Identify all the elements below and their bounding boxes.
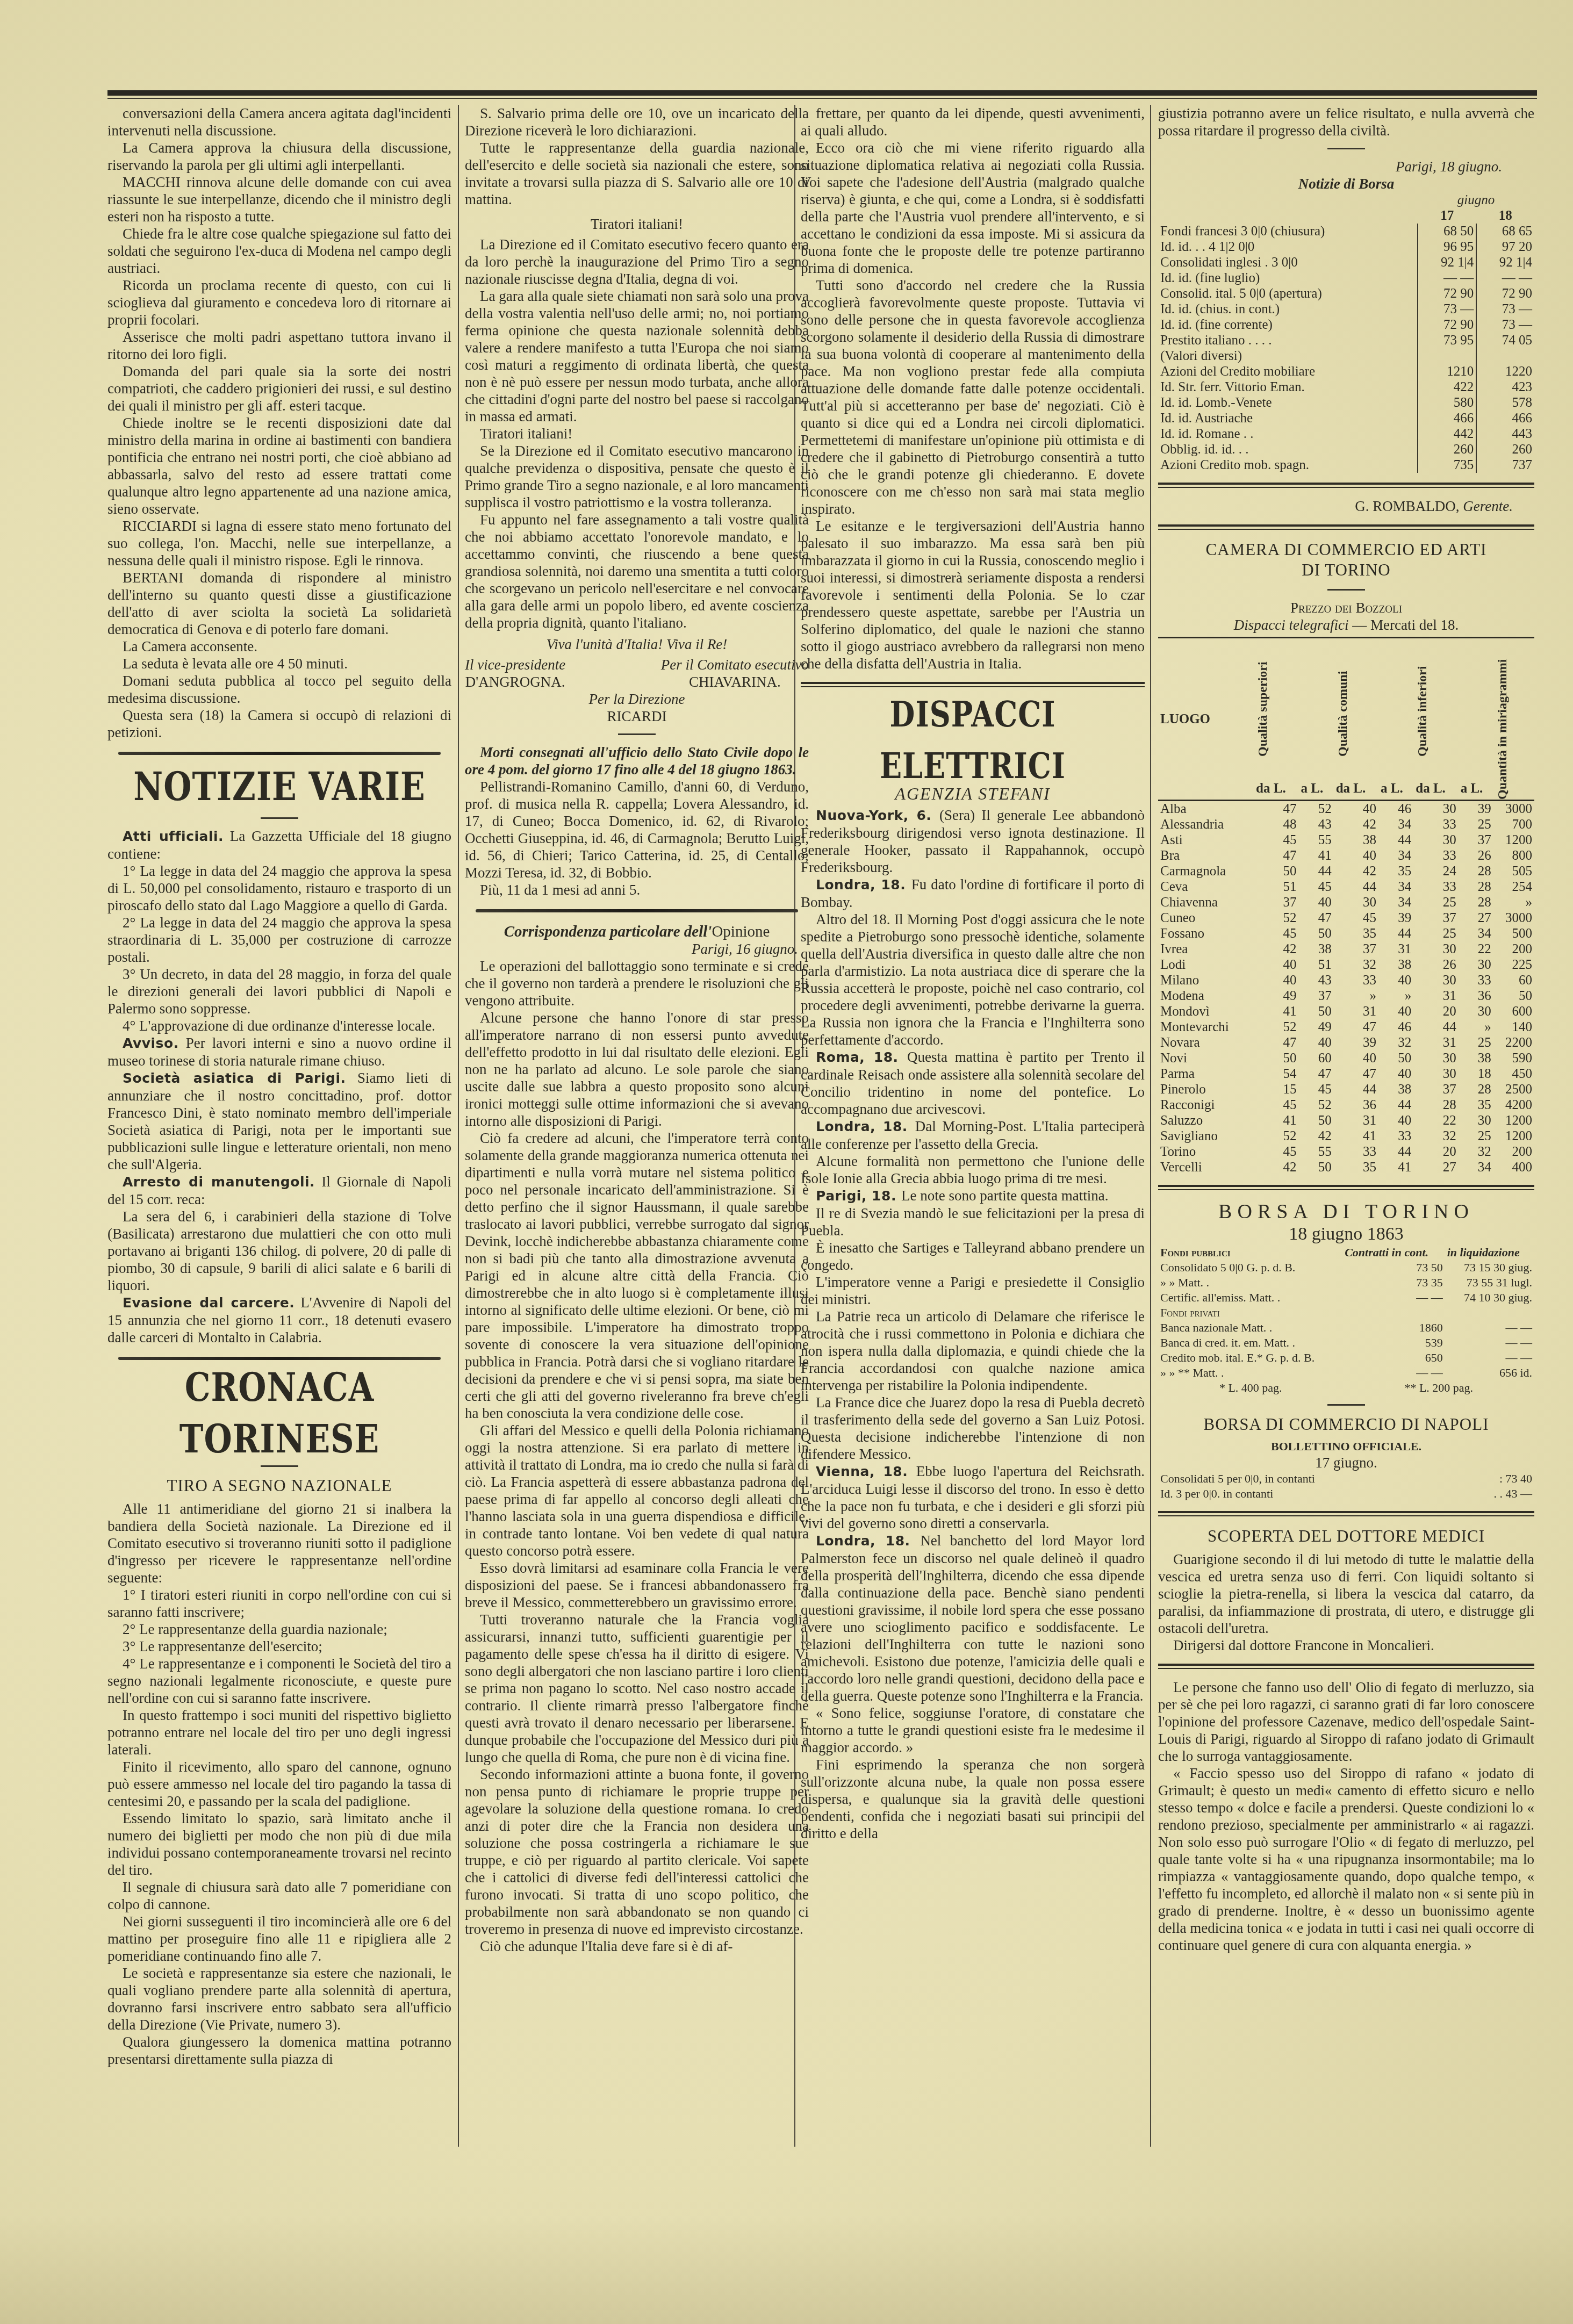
table-row: Mondovì415031402030600: [1158, 1004, 1534, 1019]
paragraph: Le società e rappresentanze sia estere c…: [107, 1965, 451, 2033]
dispatch-item: Alcune formalità non permettono che l'un…: [801, 1153, 1145, 1187]
table-row: Saluzzo4150314022301200: [1158, 1113, 1534, 1128]
paragraph: Alcune persone che hanno l'onore di star…: [465, 1009, 809, 1129]
dispatch-item: Fini esprimendo la speranza che non sorg…: [801, 1756, 1145, 1842]
paragraph: Secondo informazioni attinte a buona fon…: [465, 1766, 809, 1938]
table-row: Fossano455035442534500: [1158, 926, 1534, 941]
borsa-napoli-title: BORSA DI COMMERCIO DI NAPOLI: [1158, 1414, 1534, 1435]
paragraph: Ciò fa credere ad alcuni, che l'imperato…: [465, 1129, 809, 1422]
table-row: Prestito italiano . . . .73 9574 05: [1158, 333, 1534, 348]
table-row: Vercelli425035412734400: [1158, 1160, 1534, 1175]
top-rule-thin: [107, 98, 1537, 99]
table-section: Fondi privati: [1158, 1305, 1534, 1320]
table-row: » » Matt. .73 3573 55 31 lugl.: [1158, 1275, 1534, 1290]
paragraph: Domanda del pari quale sia la sorte dei …: [107, 363, 451, 414]
table-row: Certific. all'emiss. Matt. .— —74 10 30 …: [1158, 1290, 1534, 1305]
newspaper-page: conversazioni della Camera ancera agitat…: [107, 81, 1537, 2251]
morti-heading: Morti consegnati all'ufficio dello Stato…: [465, 744, 809, 778]
borsa-napoli-subtitle: BOLLETTINO OFFICIALE.: [1158, 1439, 1534, 1454]
table-row: Parma544747403018450: [1158, 1066, 1534, 1082]
borsa-parigi-date: Parigi, 18 giugno.: [1158, 158, 1534, 175]
table-row: Cuneo5247453937273000: [1158, 910, 1534, 926]
table-row: Ivrea423837313022200: [1158, 941, 1534, 957]
item-evasione: Evasione dal carcere. L'Avvenire di Napo…: [107, 1294, 451, 1346]
table-row: Id. id. Lomb.-Venete580578: [1158, 395, 1534, 411]
bozzoli-title: Prezzo dei Bozzoli: [1158, 599, 1534, 616]
paragraph: Ecco ora ciò che mi viene riferito rigua…: [801, 139, 1145, 277]
camera-commercio-title: CAMERA DI COMMERCIO ED ARTIDI TORINO: [1158, 539, 1534, 580]
separator: [1158, 1511, 1534, 1516]
table-row: Id. id. . . 4 1|2 0|096 9597 20: [1158, 239, 1534, 255]
table-row: Id. id. (fine luglio)— —— —: [1158, 270, 1534, 286]
separator: [1327, 1404, 1365, 1406]
table-row: Consolidati 5 per 0|0, in contanti: 73 4…: [1158, 1471, 1534, 1486]
table-row: Carmagnola504442352428505: [1158, 864, 1534, 879]
proclama-title: Tiratori italiani!: [465, 215, 809, 233]
column-3: frettare, per quanto da lei dipende, que…: [801, 105, 1145, 1842]
column-2: S. Salvario prima delle ore 10, ove un i…: [465, 105, 809, 1955]
paragraph: Chiede fra le altre cose qualche spiegaz…: [107, 225, 451, 277]
separator: [618, 733, 656, 735]
dispatch-item: Londra, 18. Nel banchetto del lord Mayor…: [801, 1532, 1145, 1704]
paragraph: Esso dovrà limitarsi ad esaminare colla …: [465, 1559, 809, 1611]
separator: [1158, 1185, 1534, 1190]
borsa-napoli-date: 17 giugno.: [1158, 1454, 1534, 1471]
paragraph: La Camera approva la chiusura della disc…: [107, 139, 451, 174]
paragraph: Chiede inoltre se le recenti disposizion…: [107, 414, 451, 517]
table-row: Savigliano5242413332251200: [1158, 1128, 1534, 1144]
borsa-torino-date: 18 giugno 1863: [1158, 1224, 1534, 1245]
item-arresto: Arresto di manutengoli. Il Giornale di N…: [107, 1173, 451, 1208]
paragraph: Tutti sono d'accordo nel credere che la …: [801, 277, 1145, 517]
table-row: Credito mob. ital. E.* G. p. d. B.650— —: [1158, 1350, 1534, 1365]
separator: [1158, 524, 1534, 530]
separator: [1327, 148, 1365, 149]
paragraph: Questa sera (18) la Camera si occupò di …: [107, 707, 451, 741]
paragraph: Qualora giungessero la domenica mattina …: [107, 2033, 451, 2068]
paragraph: In questo frattempo i soci muniti del ri…: [107, 1707, 451, 1758]
table-row: Fondi francesi 3 0|0 (chiusura)68 5068 6…: [1158, 224, 1534, 239]
table-row: Id. id. Romane . .442443: [1158, 426, 1534, 442]
table-row: Modena4937»»313650: [1158, 988, 1534, 1004]
table-row: Consolidati inglesi . 3 0|092 1|492 1|4: [1158, 255, 1534, 270]
table-row: Id. id. (chius. in cont.)73 —73 —: [1158, 301, 1534, 317]
ad-medici-title: SCOPERTA DEL DOTTORE MEDICI: [1158, 1526, 1534, 1546]
table-row: Alba4752404630393000: [1158, 801, 1534, 817]
paragraph: RICCIARDI si lagna di essere stato meno …: [107, 517, 451, 569]
paragraph: Il segnale di chiusura sarà dato alle 7 …: [107, 1879, 451, 1913]
table-row: Obblig. id. id. . .260260: [1158, 442, 1534, 457]
dispatch-item: Il re di Svezia mandò le sue felicitazio…: [801, 1205, 1145, 1239]
dispatch-item: Vienna, 18. Ebbe luogo l'apertura del Re…: [801, 1463, 1145, 1532]
proclama: La Direzione ed il Comitato esecutivo fe…: [465, 236, 809, 631]
table-row: Id. id. (fine corrente)72 9073 —: [1158, 317, 1534, 333]
tiro-article: Alle 11 antimeridiane del giorno 21 si i…: [107, 1500, 451, 2068]
viva-line: Viva l'unità d'Italia! Viva il Re!: [465, 636, 809, 653]
top-rule: [107, 90, 1537, 96]
paragraph: 1° I tiratori esteri riuniti in corpo ne…: [107, 1586, 451, 1621]
gerente: G. ROMBALDO, Gerente.: [1158, 498, 1534, 515]
dispatch-item: « Sono felice, soggiunse l'oratore, di c…: [801, 1704, 1145, 1756]
table-row: Consolidato 5 0|0 G. p. d. B.73 5073 15 …: [1158, 1260, 1534, 1275]
paragraph: 2° Le rappresentanze della guardia nazio…: [107, 1621, 451, 1638]
article-end: giustizia potranno avere un felice risul…: [1158, 105, 1534, 139]
dispatch-item: La France dice che Juarez dopo la resa d…: [801, 1394, 1145, 1463]
ad-medici-contact: Dirigersi dal dottore Francone in Moncal…: [1158, 1637, 1534, 1654]
dispatch-item: Londra, 18. Dal Morning-Post. L'Italia p…: [801, 1118, 1145, 1153]
dispatch-item: Roma, 18. Questa mattina è partito per T…: [801, 1048, 1145, 1118]
dispatch-item: Parigi, 18. Le note sono partite questa …: [801, 1187, 1145, 1205]
section-title-cronaca-torinese: CRONACA TORINESE: [107, 1362, 451, 1465]
ad-grimault: Le persone che fanno uso dell' Olio di f…: [1158, 1679, 1534, 1954]
table-row: Id. id. Austriache466466: [1158, 411, 1534, 426]
table-row: Id. 3 per 0|0. in contanti. . 43 —: [1158, 1486, 1534, 1501]
paragraph: Tutte le rappresentanze della guardia na…: [465, 139, 809, 208]
borsa-torino-table: Fondi pubblici Contratti in cont. in liq…: [1158, 1245, 1534, 1380]
paragraph: 4° Le rappresentanze e i componenti le S…: [107, 1655, 451, 1707]
dispatch-item: L'imperatore venne a Parigi e presiedett…: [801, 1273, 1145, 1308]
paragraph: La seduta è levata alle ore 4 50 minuti.: [107, 655, 451, 672]
tiro-article-cont: S. Salvario prima delle ore 10, ove un i…: [465, 105, 809, 208]
paragraph: Essendo limitato lo spazio, sarà limitat…: [107, 1810, 451, 1879]
signatures: Il vice-presidenteD'ANGROGNA. Per il Com…: [465, 656, 809, 690]
paragraph: Fu appunto nel fare assegnamento a tali …: [465, 511, 809, 631]
paragraph: Ciò che adunque l'Italia deve fare si è …: [465, 1938, 809, 1955]
paragraph: frettare, per quanto da lei dipende, que…: [801, 105, 1145, 139]
table-row: Asti4555384430371200: [1158, 832, 1534, 848]
section-title-notizie-varie: NOTIZIE VARIE: [107, 761, 451, 813]
paragraph: 3° Le rappresentanze dell'esercito;: [107, 1638, 451, 1655]
column-divider: [1150, 105, 1151, 2147]
dispatch-item: Londra, 18. Fu dato l'ordine di fortific…: [801, 876, 1145, 911]
correspondence-heading: Corrispondenza particolare dell'Opinione: [465, 923, 809, 940]
table-row: Banca di cred. it. em. Matt. .539— —: [1158, 1335, 1534, 1350]
table-row: Pinerolo1545443837282500: [1158, 1082, 1534, 1097]
paragraph: Gli affari del Messico e quelli della Po…: [465, 1422, 809, 1559]
separator: [801, 682, 1145, 687]
table-row: Banca nazionale Matt. .1860— —: [1158, 1320, 1534, 1335]
separator: [261, 817, 298, 819]
table-row: Consolid. ital. 5 0|0 (apertura)72 9072 …: [1158, 286, 1534, 301]
paragraph: MACCHI rinnova alcune delle domande con …: [107, 174, 451, 225]
atti-item: 4° L'approvazione di due ordinanze d'int…: [107, 1017, 451, 1034]
paragraph: La Camera acconsente.: [107, 638, 451, 655]
paragraph: Le esitanze e le tergiversazioni dell'Au…: [801, 517, 1145, 672]
paragraph: Le operazioni del ballottaggio sono term…: [465, 958, 809, 1009]
table-row: Novara4740393231252200: [1158, 1035, 1534, 1051]
dispatch-item: Nuova-York, 6. (Sera) Il generale Lee ab…: [801, 807, 1145, 876]
bozzoli-subtitle: Dispacci telegrafici — Mercati del 18.: [1158, 616, 1534, 634]
paragraph: Nei giorni susseguenti il tiro incominci…: [107, 1913, 451, 1965]
parliament-report: conversazioni della Camera ancera agitat…: [107, 105, 451, 741]
item-atti-ufficiali: Atti ufficiali. La Gazzetta Ufficiale de…: [107, 828, 451, 862]
column-divider: [458, 105, 459, 2147]
column-1: conversazioni della Camera ancera agitat…: [107, 105, 451, 2068]
table-row: Montevarchi5249474644»140: [1158, 1019, 1534, 1035]
paragraph: Domani seduta pubblica al tocco pel segu…: [107, 672, 451, 707]
paper-shadow: [0, 2217, 1573, 2324]
atti-item: 2° La legge in data del 24 maggio che ap…: [107, 914, 451, 966]
article-title-tiro: TIRO A SEGNO NAZIONALE: [107, 1476, 451, 1496]
morti-body: Pellistrandi-Romanino Camillo, d'anni 60…: [465, 778, 809, 881]
separator: [118, 1357, 441, 1360]
paragraph: La Direzione ed il Comitato esecutivo fe…: [465, 236, 809, 287]
borsa-torino-title: BORSA DI TORINO: [1158, 1200, 1534, 1224]
borsa-napoli-table: Consolidati 5 per 0|0, in contanti: 73 4…: [1158, 1471, 1534, 1501]
item-avviso: Avviso. Per lavori interni e sino a nuov…: [107, 1034, 451, 1069]
table-row: Bra474140343326800: [1158, 848, 1534, 864]
morti-extra: Più, 11 da 1 mesi ad anni 5.: [465, 881, 809, 898]
paragraph: Tiratori italiani!: [465, 425, 809, 442]
section-title-dispacci: DISPACCI ELETTRICI: [801, 688, 1145, 792]
column-4: giustizia potranno avere un felice risul…: [1158, 105, 1534, 1954]
separator: [118, 752, 441, 755]
paragraph: conversazioni della Camera ancera agitat…: [107, 105, 451, 139]
paragraph: Ricorda un proclama recente di questo, c…: [107, 277, 451, 328]
separator: [261, 1465, 298, 1467]
correspondence-date: Parigi, 16 giugno.: [465, 940, 809, 958]
paragraph: Finito il ricevimento, allo sparo del ca…: [107, 1758, 451, 1810]
item-arresto-body: La sera del 6, i carabinieri della stazi…: [107, 1208, 451, 1294]
table-row: Torino455533442032200: [1158, 1144, 1534, 1160]
separator: [476, 909, 798, 912]
atti-item: 1° La legge in data del 24 maggio che ap…: [107, 862, 451, 914]
borsa-parigi-title: Notizie di Borsa: [1158, 175, 1534, 192]
borsa-parigi-table: giugno 1718 Fondi francesi 3 0|0 (chiusu…: [1158, 192, 1534, 473]
paragraph: S. Salvario prima delle ore 10, ove un i…: [465, 105, 809, 139]
bozzoli-table: LUOGO Qualità superiori Qualità comuni Q…: [1158, 637, 1534, 1175]
paragraph: Alle 11 antimeridiane del giorno 21 si i…: [107, 1500, 451, 1586]
separator: [1327, 589, 1365, 591]
dispatch-item: È inesatto che Sartiges e Talleyrand abb…: [801, 1239, 1145, 1273]
paragraph: Tutti troveranno naturale che la Francia…: [465, 1611, 809, 1766]
paragraph: Le persone che fanno uso dell' Olio di f…: [1158, 1679, 1534, 1765]
paragraph: BERTANI domanda di rispondere al ministr…: [107, 569, 451, 638]
torino-notes: * L. 400 pag. ** L. 200 pag.: [1158, 1380, 1534, 1395]
atti-list: 1° La legge in data del 24 maggio che ap…: [107, 862, 451, 1034]
ad-medici-body: Guarigione secondo il di lui metodo di t…: [1158, 1551, 1534, 1637]
table-row: Chiavenna374030342528»: [1158, 895, 1534, 910]
paragraph: Asserisce che molti padri aspettano tutt…: [107, 328, 451, 363]
item-societa-asiatica: Società asiatica di Parigi. Siamo lieti …: [107, 1069, 451, 1173]
table-row: (Valori diversi): [1158, 348, 1534, 364]
table-row: Id. Str. ferr. Vittorio Eman.422423: [1158, 379, 1534, 395]
paragraph: Se la Direzione ed il Comitato esecutivo…: [465, 442, 809, 511]
atti-item: 3° Un decreto, in data del 28 maggio, in…: [107, 966, 451, 1017]
separator: [1158, 1664, 1534, 1669]
dispatch-item: Altro del 18. Il Morning Post d'oggi ass…: [801, 911, 1145, 1048]
correspondence-body: Le operazioni del ballottaggio sono term…: [465, 958, 809, 1955]
table-row: Azioni del Credito mobiliare12101220: [1158, 364, 1534, 379]
table-row: Lodi405132382630225: [1158, 957, 1534, 973]
table-row: » » ** Matt. .— —656 id.: [1158, 1365, 1534, 1380]
table-row: Racconigi4552364428354200: [1158, 1097, 1534, 1113]
table-row: Novi506040503038590: [1158, 1051, 1534, 1066]
dispatch-list: Nuova-York, 6. (Sera) Il generale Lee ab…: [801, 807, 1145, 1842]
separator: [1158, 483, 1534, 488]
table-row: Alessandria484342343325700: [1158, 817, 1534, 832]
table-row: Milano40433340303360: [1158, 973, 1534, 988]
dispatch-item: La Patrie reca un articolo di Delamare c…: [801, 1308, 1145, 1394]
correspondence-cont: frettare, per quanto da lei dipende, que…: [801, 105, 1145, 672]
paragraph: La gara alla quale siete chiamati non sa…: [465, 287, 809, 425]
table-row: Ceva514544343328254: [1158, 879, 1534, 895]
table-row: Azioni Credito mob. spagn.735737: [1158, 457, 1534, 473]
paragraph: « Faccio spesso uso del Siroppo di rafan…: [1158, 1765, 1534, 1954]
